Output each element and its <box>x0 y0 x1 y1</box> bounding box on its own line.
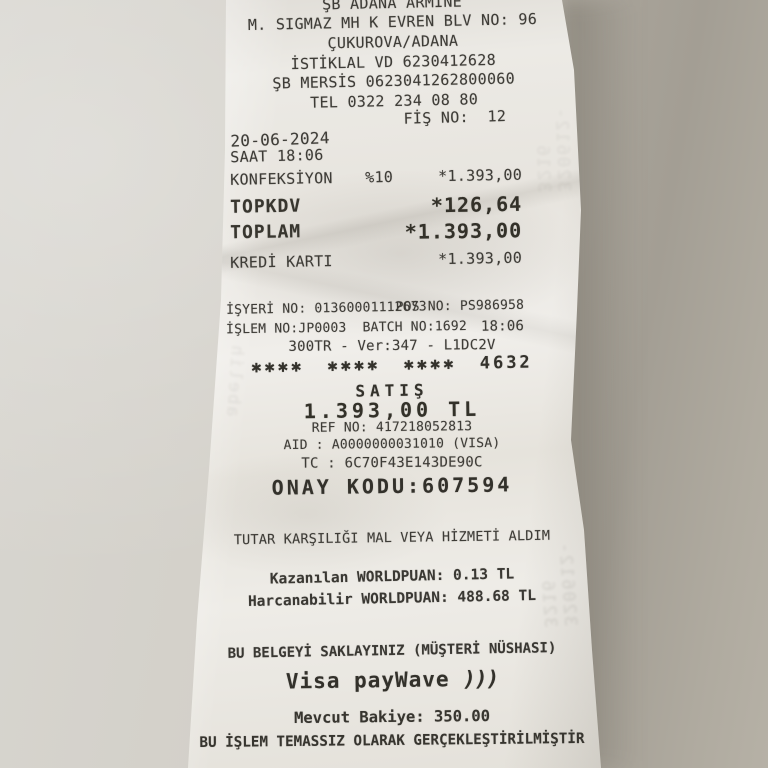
batch-label: BATCH NO: <box>362 319 434 335</box>
photo-background: ŞB ADANA ARMİNE M. SIGMAZ MH K EVREN BLV… <box>0 0 768 768</box>
store-header: ŞB ADANA ARMİNE M. SIGMAZ MH K EVREN BLV… <box>180 0 604 4</box>
isyeri-row: İŞYERİ NO: 01360001112673 POS NO: PS9869… <box>180 296 604 303</box>
pos-time: 18:06 <box>481 318 524 335</box>
tc-line: TC : 6C70F43E143DE90C <box>180 454 604 473</box>
isyeri-label: İŞYERİ NO: <box>226 301 307 317</box>
contactless-notice-line: BU İŞLEM TEMASSIZ OLARAK GERÇEKLEŞTİRİLM… <box>184 731 600 751</box>
batch-no: 1692 <box>435 319 467 334</box>
islem-row: İŞLEM NO:JP0003 BATCH NO:1692 18:06 <box>180 317 604 323</box>
ghost-print-right: 320612-3216 <box>534 532 580 629</box>
paywave-brand-text: Visa payWave <box>286 667 450 693</box>
aid-line: AID : A0000000031010 (VISA) <box>180 435 604 454</box>
fis-no-label: FİŞ NO: <box>403 108 469 128</box>
pos-no-label: POS NO: <box>396 299 452 315</box>
toplam-amount: *1.393,00 <box>405 218 523 244</box>
ref-no-line: REF NO: 417218052813 <box>180 418 604 437</box>
item-vat-rate: %10 <box>365 168 393 186</box>
fis-no-value: 12 <box>487 107 506 125</box>
kredi-karti-amount: *1.393,00 <box>438 249 522 268</box>
pos-no: PS986958 <box>460 298 524 314</box>
item-name: KONFEKSİYON <box>230 169 333 189</box>
islem-label: İŞLEM NO: <box>226 321 298 337</box>
receipt-paper: ŞB ADANA ARMİNE M. SIGMAZ MH K EVREN BLV… <box>180 0 604 768</box>
keep-receipt-line: BU BELGEYİ SAKLAYINIZ (MÜŞTERİ NÜSHASI) <box>180 639 604 662</box>
toplam-row: TOPLAM *1.393,00 <box>180 217 604 223</box>
saat-value: 18:06 <box>277 146 324 165</box>
available-balance-line: Mevcut Bakiye: 350.00 <box>180 706 604 728</box>
topkdv-amount: *126,64 <box>431 192 523 218</box>
item-amount: *1.393,00 <box>438 166 522 185</box>
islem-no: JP0003 <box>298 321 346 337</box>
kredi-karti-row: KREDİ KARTI *1.393,00 <box>180 247 604 254</box>
saat-label: SAAT <box>230 147 268 166</box>
kredi-karti-label: KREDİ KARTI <box>230 252 333 272</box>
topkdv-label: TOPKDV <box>230 196 301 218</box>
contactless-icon: ))) <box>463 667 498 691</box>
paywave-row: Visa payWave ))) <box>180 665 604 695</box>
ghost-print-top-right: 320612-3216 <box>530 87 574 192</box>
approval-code-line: ONAY KODU:607594 <box>180 471 604 501</box>
toplam-label: TOPLAM <box>230 221 301 243</box>
